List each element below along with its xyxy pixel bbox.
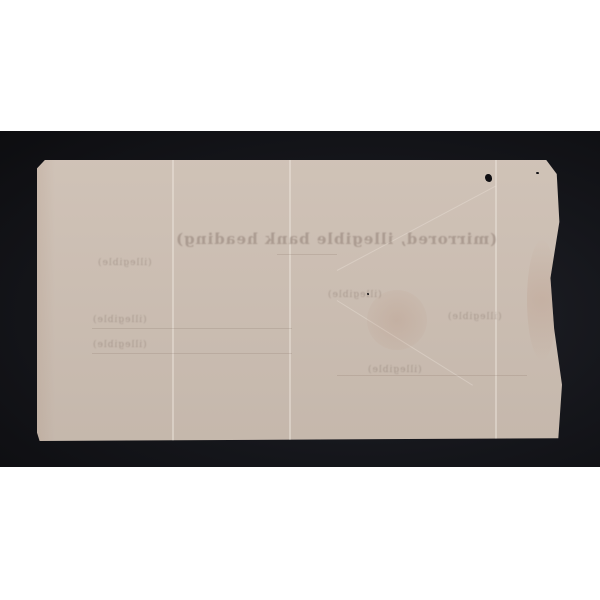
paper-hole — [367, 293, 369, 295]
bleed-through-rule — [337, 375, 527, 376]
bleed-through-text: (illegible) — [327, 290, 382, 300]
bleed-through-text: (illegible) — [92, 340, 147, 350]
bleed-through-heading: (mirrored, illegible bank heading) — [175, 230, 497, 248]
paper-hole — [536, 172, 539, 174]
bleed-through-text: (illegible) — [97, 258, 152, 268]
bleed-through-text: (illegible) — [367, 365, 422, 375]
bleed-through-text: (illegible) — [447, 312, 502, 322]
fold-crease — [172, 160, 174, 441]
bleed-through-rule — [277, 254, 337, 255]
paper-hole — [485, 174, 492, 182]
aged-paper-document: (mirrored, illegible bank heading) (ille… — [37, 160, 562, 441]
fold-crease — [495, 160, 497, 441]
fold-crease — [289, 160, 291, 441]
bleed-through-rule — [92, 353, 292, 354]
bleed-through-text: (illegible) — [92, 315, 147, 325]
fold-crease — [337, 186, 496, 271]
bleed-through-rule — [92, 328, 292, 329]
